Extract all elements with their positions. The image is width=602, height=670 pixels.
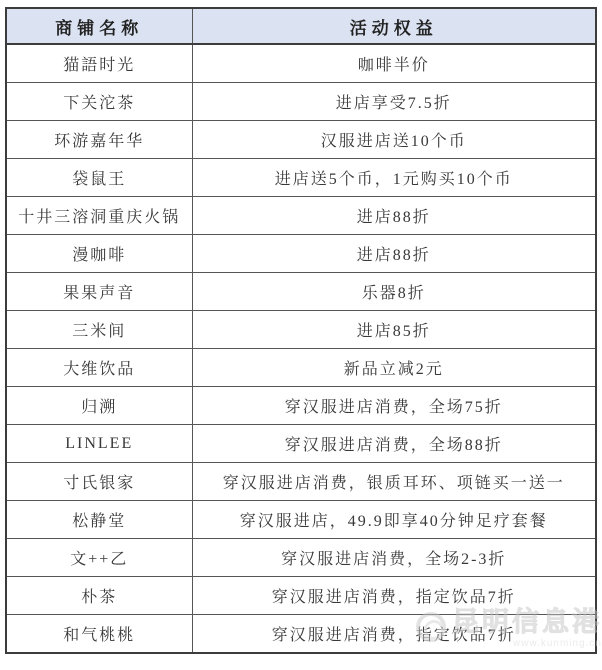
shop-name-cell: 三米间	[6, 311, 192, 349]
benefit-cell: 穿汉服进店消费，全场88折	[192, 425, 596, 463]
table-row: 十井三溶洞重庆火锅进店88折	[6, 197, 596, 235]
benefit-cell: 穿汉服进店消费，全场75折	[192, 387, 596, 425]
shop-name-cell: 猫語时光	[6, 44, 192, 83]
shop-name-cell: 漫咖啡	[6, 235, 192, 273]
shop-name-cell: 文++乙	[6, 539, 192, 577]
table-row: 猫語时光咖啡半价	[6, 44, 596, 83]
benefit-cell: 汉服进店送10个币	[192, 121, 596, 159]
shop-name-cell: 十井三溶洞重庆火锅	[6, 197, 192, 235]
shop-name-cell: 归溯	[6, 387, 192, 425]
page: 商铺名称 活动权益 猫語时光咖啡半价下关沱茶进店享受7.5折环游嘉年华汉服进店送…	[0, 0, 602, 670]
benefit-cell: 穿汉服进店消费，指定饮品7折	[192, 577, 596, 615]
table-row: 寸氏银家穿汉服进店消费，银质耳环、项链买一送一	[6, 463, 596, 501]
column-header-shop: 商铺名称	[6, 8, 192, 44]
benefit-cell: 进店88折	[192, 197, 596, 235]
table-row: 三米间进店85折	[6, 311, 596, 349]
benefit-cell: 进店送5个币，1元购买10个币	[192, 159, 596, 197]
header-row: 商铺名称 活动权益	[6, 8, 596, 44]
table-row: 果果声音乐器8折	[6, 273, 596, 311]
benefit-cell: 穿汉服进店消费，全场2-3折	[192, 539, 596, 577]
benefit-cell: 咖啡半价	[192, 44, 596, 83]
benefit-cell: 进店88折	[192, 235, 596, 273]
shop-name-cell: 松静堂	[6, 501, 192, 539]
shop-name-cell: 朴茶	[6, 577, 192, 615]
shop-name-cell: 果果声音	[6, 273, 192, 311]
benefit-cell: 穿汉服进店消费，银质耳环、项链买一送一	[192, 463, 596, 501]
shop-name-cell: 大维饮品	[6, 349, 192, 387]
table-row: 和气桃桃穿汉服进店消费，指定饮品7折	[6, 615, 596, 654]
table-row: 下关沱茶进店享受7.5折	[6, 83, 596, 121]
table-row: 朴茶穿汉服进店消费，指定饮品7折	[6, 577, 596, 615]
column-header-benefit: 活动权益	[192, 8, 596, 44]
table-row: 环游嘉年华汉服进店送10个币	[6, 121, 596, 159]
shop-name-cell: 寸氏银家	[6, 463, 192, 501]
table-row: 文++乙穿汉服进店消费，全场2-3折	[6, 539, 596, 577]
shop-name-cell: 和气桃桃	[6, 615, 192, 654]
shop-name-cell: 袋鼠王	[6, 159, 192, 197]
benefit-cell: 穿汉服进店消费，指定饮品7折	[192, 615, 596, 654]
table-row: 漫咖啡进店88折	[6, 235, 596, 273]
benefit-cell: 乐器8折	[192, 273, 596, 311]
benefit-cell: 穿汉服进店，49.9即享40分钟足疗套餐	[192, 501, 596, 539]
benefit-cell: 新品立减2元	[192, 349, 596, 387]
table-row: 归溯穿汉服进店消费，全场75折	[6, 387, 596, 425]
table-row: LINLEE穿汉服进店消费，全场88折	[6, 425, 596, 463]
shop-name-cell: 环游嘉年华	[6, 121, 192, 159]
benefit-cell: 进店85折	[192, 311, 596, 349]
shop-name-cell: LINLEE	[6, 425, 192, 463]
shop-name-cell: 下关沱茶	[6, 83, 192, 121]
table-row: 松静堂穿汉服进店，49.9即享40分钟足疗套餐	[6, 501, 596, 539]
table-row: 大维饮品新品立减2元	[6, 349, 596, 387]
table-row: 袋鼠王进店送5个币，1元购买10个币	[6, 159, 596, 197]
benefits-table: 商铺名称 活动权益 猫語时光咖啡半价下关沱茶进店享受7.5折环游嘉年华汉服进店送…	[5, 7, 597, 654]
benefit-cell: 进店享受7.5折	[192, 83, 596, 121]
